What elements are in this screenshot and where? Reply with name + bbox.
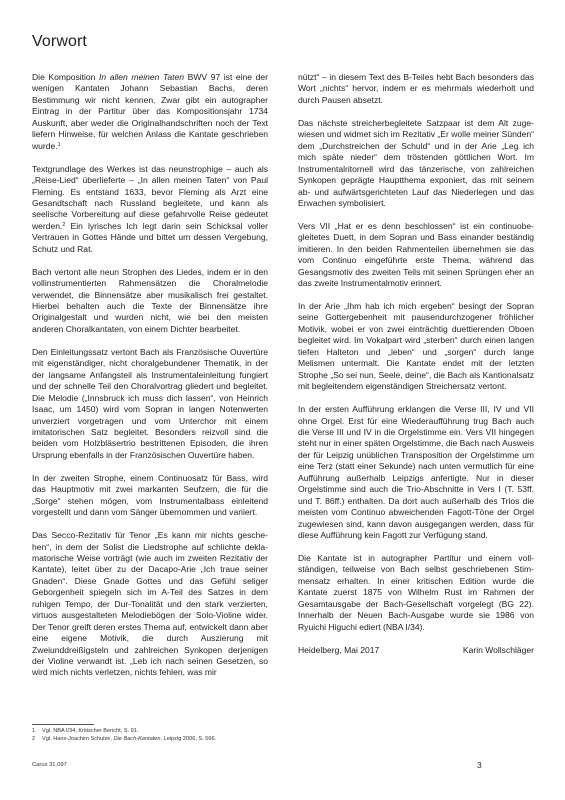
paragraph: Den Einleitungssatz vertont Bach als Fra… [32,347,268,462]
left-column: Die Komposition In allen meinen Taten BW… [32,72,268,690]
work-title: In allen meinen Taten [99,72,184,82]
paragraph: nützt“ – in diesem Text des B-Teiles heb… [298,72,534,106]
book-title: Die Bach-Kantaten [114,736,161,742]
signoff: Heidelberg, Mai 2017 Karin Wollschläger [298,645,534,656]
footnote-number: 2 [32,736,42,744]
footnote-ref[interactable]: 1 [58,142,61,148]
paragraph: Vers VII „Hat er es denn beschlossen“ is… [298,221,534,290]
author-name: Karin Wollschläger [463,645,534,656]
paragraph: In der Arie „Ihm hab ich mich ergeben“ b… [298,301,534,393]
page-title: Vorwort [32,33,87,51]
footnote-text: Vgl. Hans-Joachim Schulze, Die Bach-Kant… [42,736,216,744]
paragraph: In der ersten Aufführung erklangen die V… [298,404,534,541]
paragraph: Das nächste streicherbegleitete Satzpaar… [298,118,534,210]
footnotes: 1 Vgl. NBA I/34, Kritischer Bericht, S. … [32,728,432,743]
paragraph: In der zweiten Strophe, einem Continuosa… [32,473,268,519]
footnote-text: Vgl. NBA I/34, Kritischer Bericht, S. 91… [42,728,138,736]
paragraph: Das Secco-Rezitativ für Tenor „Es kann m… [32,530,268,679]
place-date: Heidelberg, Mai 2017 [298,645,379,656]
paragraph: Textgrundlage des Werkes ist das neunstr… [32,164,268,256]
paragraph: Die Komposition In allen meinen Taten BW… [32,72,268,152]
footnote-divider [32,724,94,725]
footnote-number: 1 [32,728,42,736]
footnote: 1 Vgl. NBA I/34, Kritischer Bericht, S. … [32,728,432,736]
paragraph: Bach vertont alle neun Strophen des Lied… [32,267,268,336]
page-number: 3 [477,760,482,770]
footnote: 2 Vgl. Hans-Joachim Schulze, Die Bach-Ka… [32,736,432,744]
right-column: nützt“ – in diesem Text des B-Teiles heb… [298,72,534,656]
catalog-number: Carus 31.097 [32,762,67,768]
paragraph: Die Kantate ist in autographer Partitur … [298,553,534,633]
